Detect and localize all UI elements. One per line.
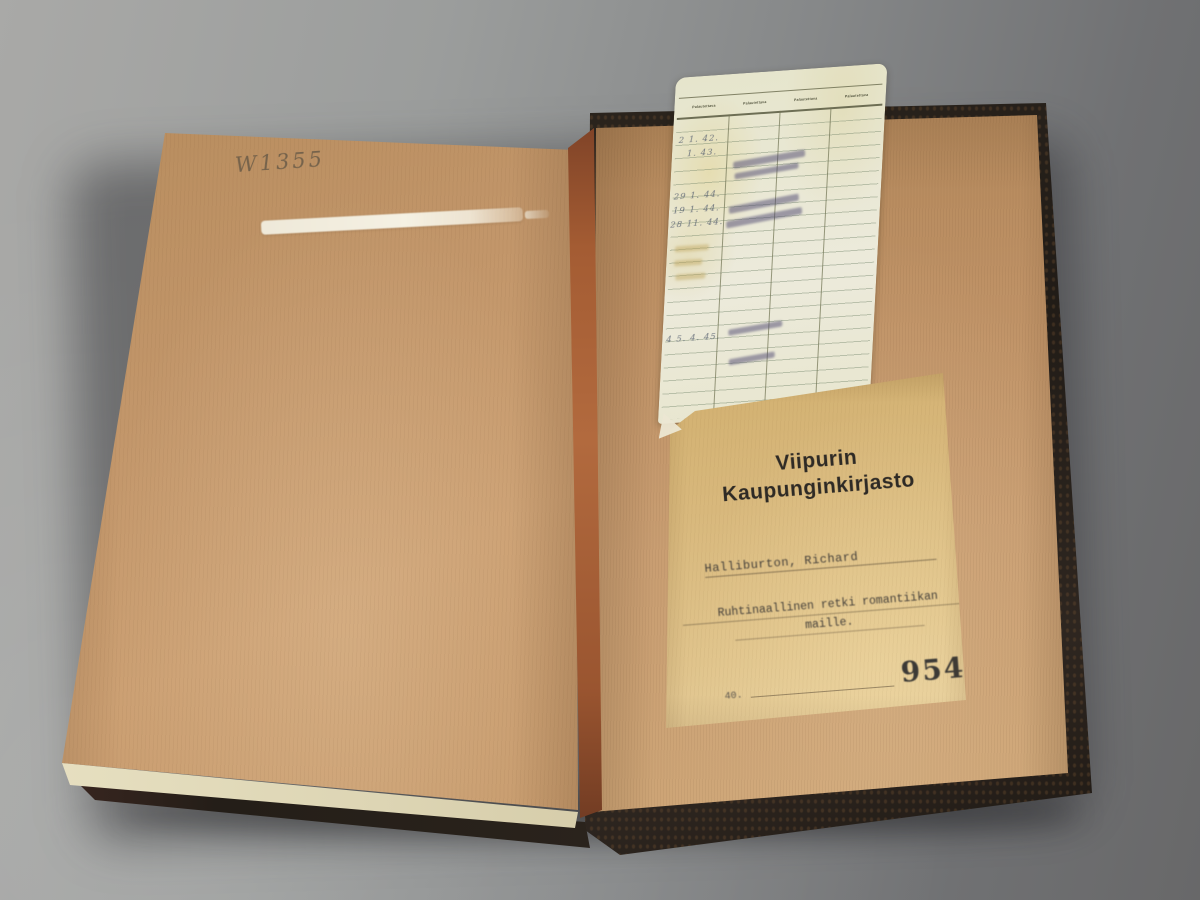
card-column-header: Palautettava — [831, 86, 883, 106]
library-name-line2: Kaupunginkirjasto — [668, 462, 969, 512]
library-name-line1: Viipurin — [666, 435, 967, 485]
book-title-line1: Ruhtinaallinen retki romantiikan — [682, 587, 974, 626]
call-number: 954 — [900, 651, 967, 689]
size-note: 40. — [724, 690, 743, 702]
whiteout-strip — [261, 207, 523, 235]
card-column-header: Palautettava — [729, 93, 781, 113]
handwritten-date: 1. 43. — [687, 147, 718, 159]
pocket-printed-content: Viipurin Kaupunginkirjasto Halliburton, … — [663, 405, 987, 743]
author-line: Halliburton, Richard — [704, 544, 937, 578]
ruled-line — [751, 684, 894, 697]
date-due-card: Palautettava Palautettava Palautettava P… — [658, 63, 888, 424]
book-title-line2: maille. — [734, 610, 925, 641]
call-number-row: 40. 954 — [723, 651, 967, 703]
photo-open-library-book: W1355 Palautettava Palautettava Palautet… — [0, 0, 1200, 900]
card-column-header: Palautettava — [678, 96, 730, 116]
library-name: Viipurin Kaupunginkirjasto — [666, 435, 969, 512]
library-book-pocket: Viipurin Kaupunginkirjasto Halliburton, … — [655, 365, 975, 740]
card-column-header: Palautettava — [780, 89, 832, 109]
pencil-shelf-mark: W1355 — [234, 147, 325, 177]
